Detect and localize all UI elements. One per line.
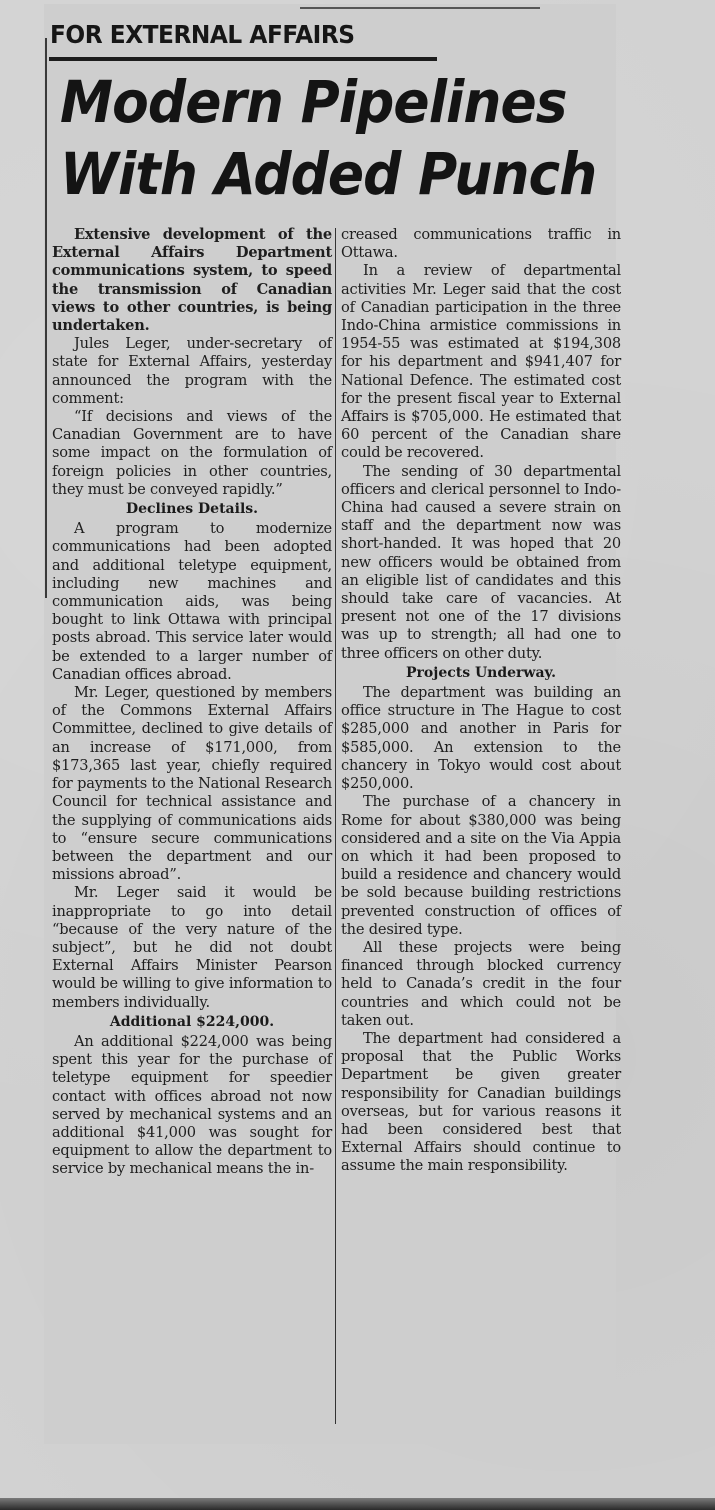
paragraph: A program to modernize communications ha… [52,520,332,684]
kicker-underline [49,57,437,61]
headline-line-2: With Added Punch [60,138,575,210]
paragraph: All these projects were being financed t… [341,939,621,1030]
paragraph: In a review of departmental activities M… [341,262,621,462]
paragraph: The department had considered a proposal… [341,1030,621,1176]
kicker: FOR EXTERNAL AFFAIRS [50,20,355,49]
paragraph: The department was building an office st… [341,684,621,793]
paragraph: Extensive development of the External Af… [52,226,332,335]
subheading: Additional $224,000. [52,1013,332,1031]
paragraph: Mr. Leger said it would be inappropriate… [52,884,332,1011]
article-column-right: creased communications traffic in Ottawa… [341,226,621,1176]
column-divider [335,228,336,1424]
paragraph: “If decisions and views of the Canadian … [52,408,332,499]
paragraph: The purchase of a chancery in Rome for a… [341,793,621,939]
subheading: Declines Details. [52,500,332,518]
headline-line-1: Modern Pipelines [60,66,575,138]
top-rule [300,7,540,9]
paragraph: An additional $224,000 was being spent t… [52,1033,332,1179]
paragraph: Jules Leger, under-secretary of state fo… [52,335,332,408]
scan-bottom-edge [0,1498,715,1510]
paragraph: The sending of 30 departmental officers … [341,463,621,663]
subheading: Projects Underway. [341,664,621,682]
paragraph: creased communications traffic in Ottawa… [341,226,621,262]
clipping-left-border [45,38,47,598]
paragraph: Mr. Leger, questioned by members of the … [52,684,332,884]
article-column-left: Extensive development of the External Af… [52,226,332,1179]
headline: Modern Pipelines With Added Punch [60,66,575,210]
